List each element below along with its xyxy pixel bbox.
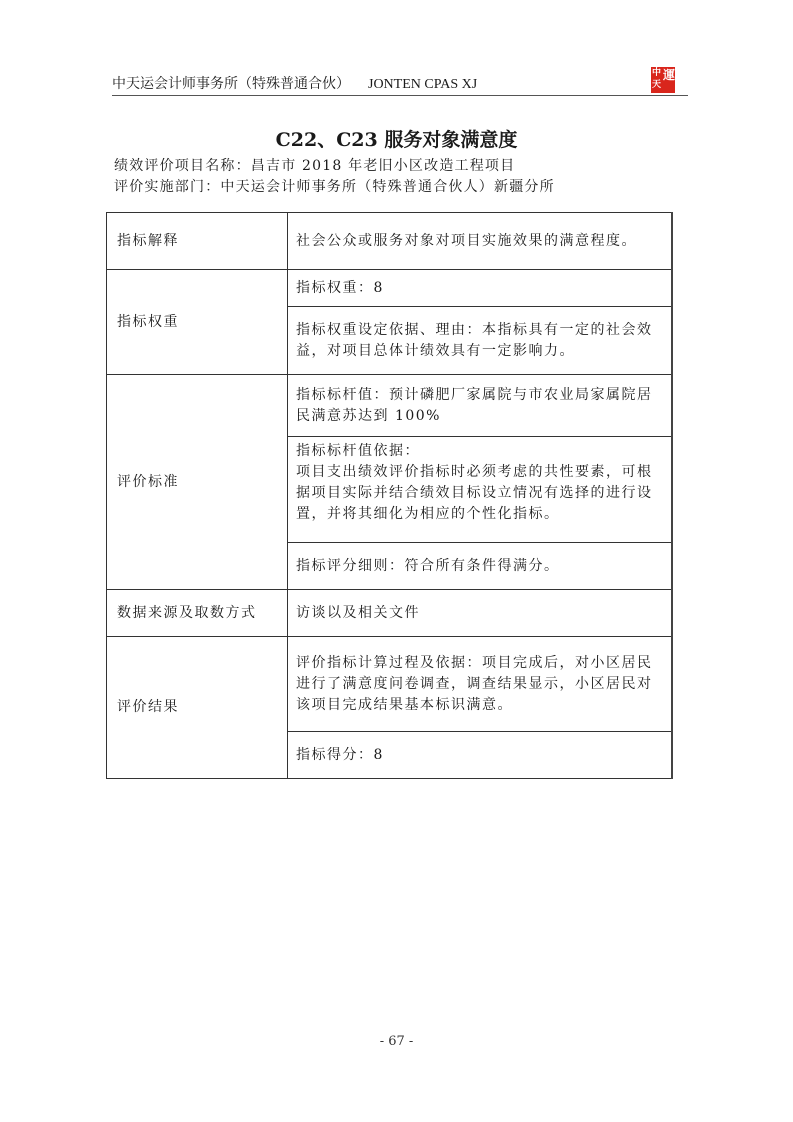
row-value: 指标权重设定依据、理由：本指标具有一定的社会效益，对项目总体计绩效具有一定影响力…: [288, 307, 673, 375]
row-value: 指标标杆值依据： 项目支出绩效评价指标时必须考虑的共性要素，可根据项目实际并结合…: [288, 437, 673, 543]
benchmark-basis-text: 项目支出绩效评价指标时必须考虑的共性要素，可根据项目实际并结合绩效目标设立情况有…: [296, 462, 663, 525]
table-row: 评价结果 评价指标计算过程及依据：项目完成后，对小区居民进行了满意度问卷调查，调…: [107, 637, 673, 732]
page-number: - 67 -: [0, 1034, 793, 1049]
page-title: C22、C23 服务对象满意度: [0, 125, 793, 152]
logo-char: 中: [652, 69, 661, 78]
page-header: 中天运会计师事务所（特殊普通合伙）JONTEN CPAS XJ: [112, 66, 688, 95]
header-divider: [112, 95, 688, 96]
row-value: 社会公众或服务对象对项目实施效果的满意程度。: [288, 213, 673, 270]
project-name: 绩效评价项目名称：昌吉市 2018 年老旧小区改造工程项目: [114, 155, 515, 175]
table-row: 评价标准 指标标杆值：预计磷肥厂家属院与市农业局家属院居民满意苏达到 100%: [107, 375, 673, 437]
table-row: 指标解释 社会公众或服务对象对项目实施效果的满意程度。: [107, 213, 673, 270]
evaluation-department: 评价实施部门：中天运会计师事务所（特殊普通合伙人）新疆分所: [114, 176, 555, 196]
header-firm-name: 中天运会计师事务所（特殊普通合伙）JONTEN CPAS XJ: [112, 73, 477, 93]
row-value: 指标标杆值：预计磷肥厂家属院与市农业局家属院居民满意苏达到 100%: [288, 375, 673, 437]
evaluation-table: 指标解释 社会公众或服务对象对项目实施效果的满意程度。 指标权重 指标权重：8 …: [106, 212, 673, 779]
row-value: 指标得分：8: [288, 732, 673, 779]
row-label: 指标权重: [107, 270, 288, 375]
row-label: 指标解释: [107, 213, 288, 270]
row-label: 评价标准: [107, 375, 288, 590]
row-label: 评价结果: [107, 637, 288, 779]
row-label: 数据来源及取数方式: [107, 590, 288, 637]
logo-char: 運: [663, 69, 675, 81]
row-value: 指标评分细则：符合所有条件得满分。: [288, 543, 673, 590]
table-row: 指标权重 指标权重：8: [107, 270, 673, 307]
table-row: 数据来源及取数方式 访谈以及相关文件: [107, 590, 673, 637]
row-value: 评价指标计算过程及依据：项目完成后，对小区居民进行了满意度问卷调查，调查结果显示…: [288, 637, 673, 732]
firm-logo-icon: 中 運 天: [651, 67, 675, 93]
row-value: 访谈以及相关文件: [288, 590, 673, 637]
benchmark-basis-heading: 指标标杆值依据：: [296, 441, 663, 462]
header-firm-en: JONTEN CPAS XJ: [368, 77, 477, 92]
row-value: 指标权重：8: [288, 270, 673, 307]
header-firm-cn: 中天运会计师事务所（特殊普通合伙）: [112, 76, 350, 92]
logo-char: 天: [652, 81, 661, 90]
